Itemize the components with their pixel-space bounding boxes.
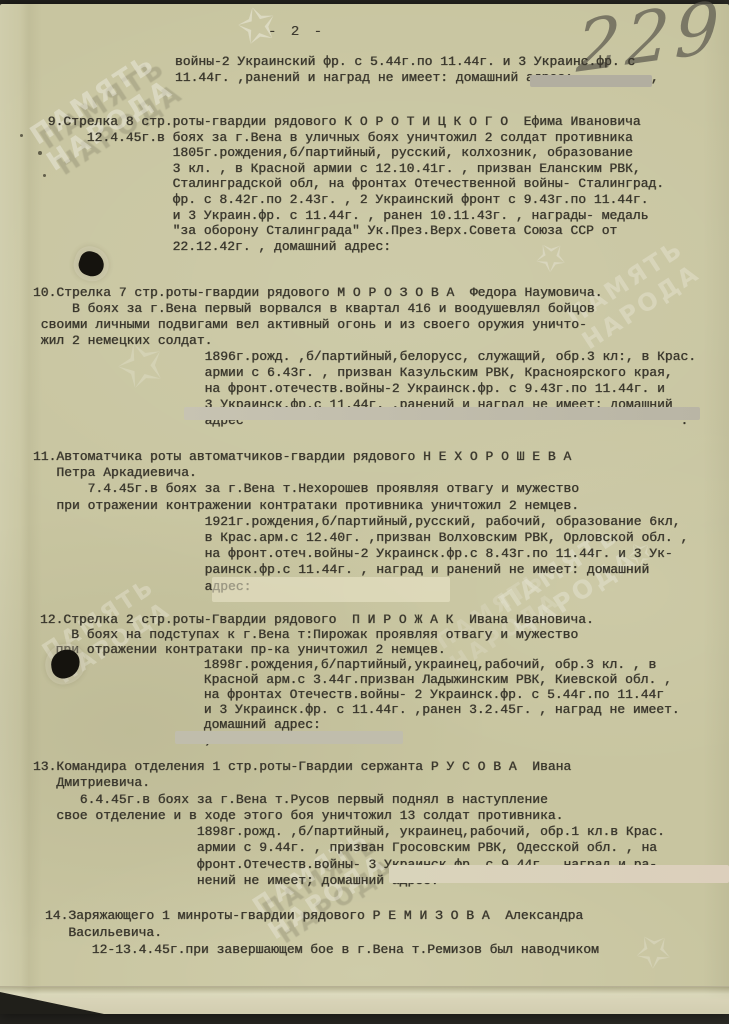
redaction-bar: [530, 75, 652, 87]
redaction-bar: [184, 407, 700, 420]
entry-9-korotitsky: 9.Стрелка 8 стр.роты-гвардии рядового К …: [40, 114, 664, 254]
ink-speck: [38, 151, 42, 155]
page-number: - 2 -: [268, 24, 325, 40]
page-bottom-fold: [0, 986, 729, 1014]
ink-speck: [20, 134, 23, 137]
document-page: ✩ ПАМЯТЬНАРОДА ✩ ✩ ПАМЯТЬНАРОДА ✩ ПАМЯТЬ…: [0, 4, 729, 1014]
page-corner-shadow: [0, 992, 104, 1014]
redaction-bar: [175, 731, 403, 744]
redaction-bar: [389, 865, 729, 883]
entry-14-remizov: 14.Заряжающего 1 минроты-гвардии рядовог…: [45, 907, 599, 958]
ink-speck: [43, 174, 46, 177]
scanned-document-screenshot: ✩ ПАМЯТЬНАРОДА ✩ ✩ ПАМЯТЬНАРОДА ✩ ПАМЯТЬ…: [0, 0, 729, 1024]
entry-11-nekhoroshev: 11.Автоматчика роты автоматчиков-гвардии…: [33, 449, 688, 595]
entry-12-pirozhak: 12.Стрелка 2 стр.роты-Гвардии рядового П…: [40, 612, 680, 747]
redaction-bar: [212, 577, 450, 602]
star-icon: ✩: [625, 920, 682, 981]
